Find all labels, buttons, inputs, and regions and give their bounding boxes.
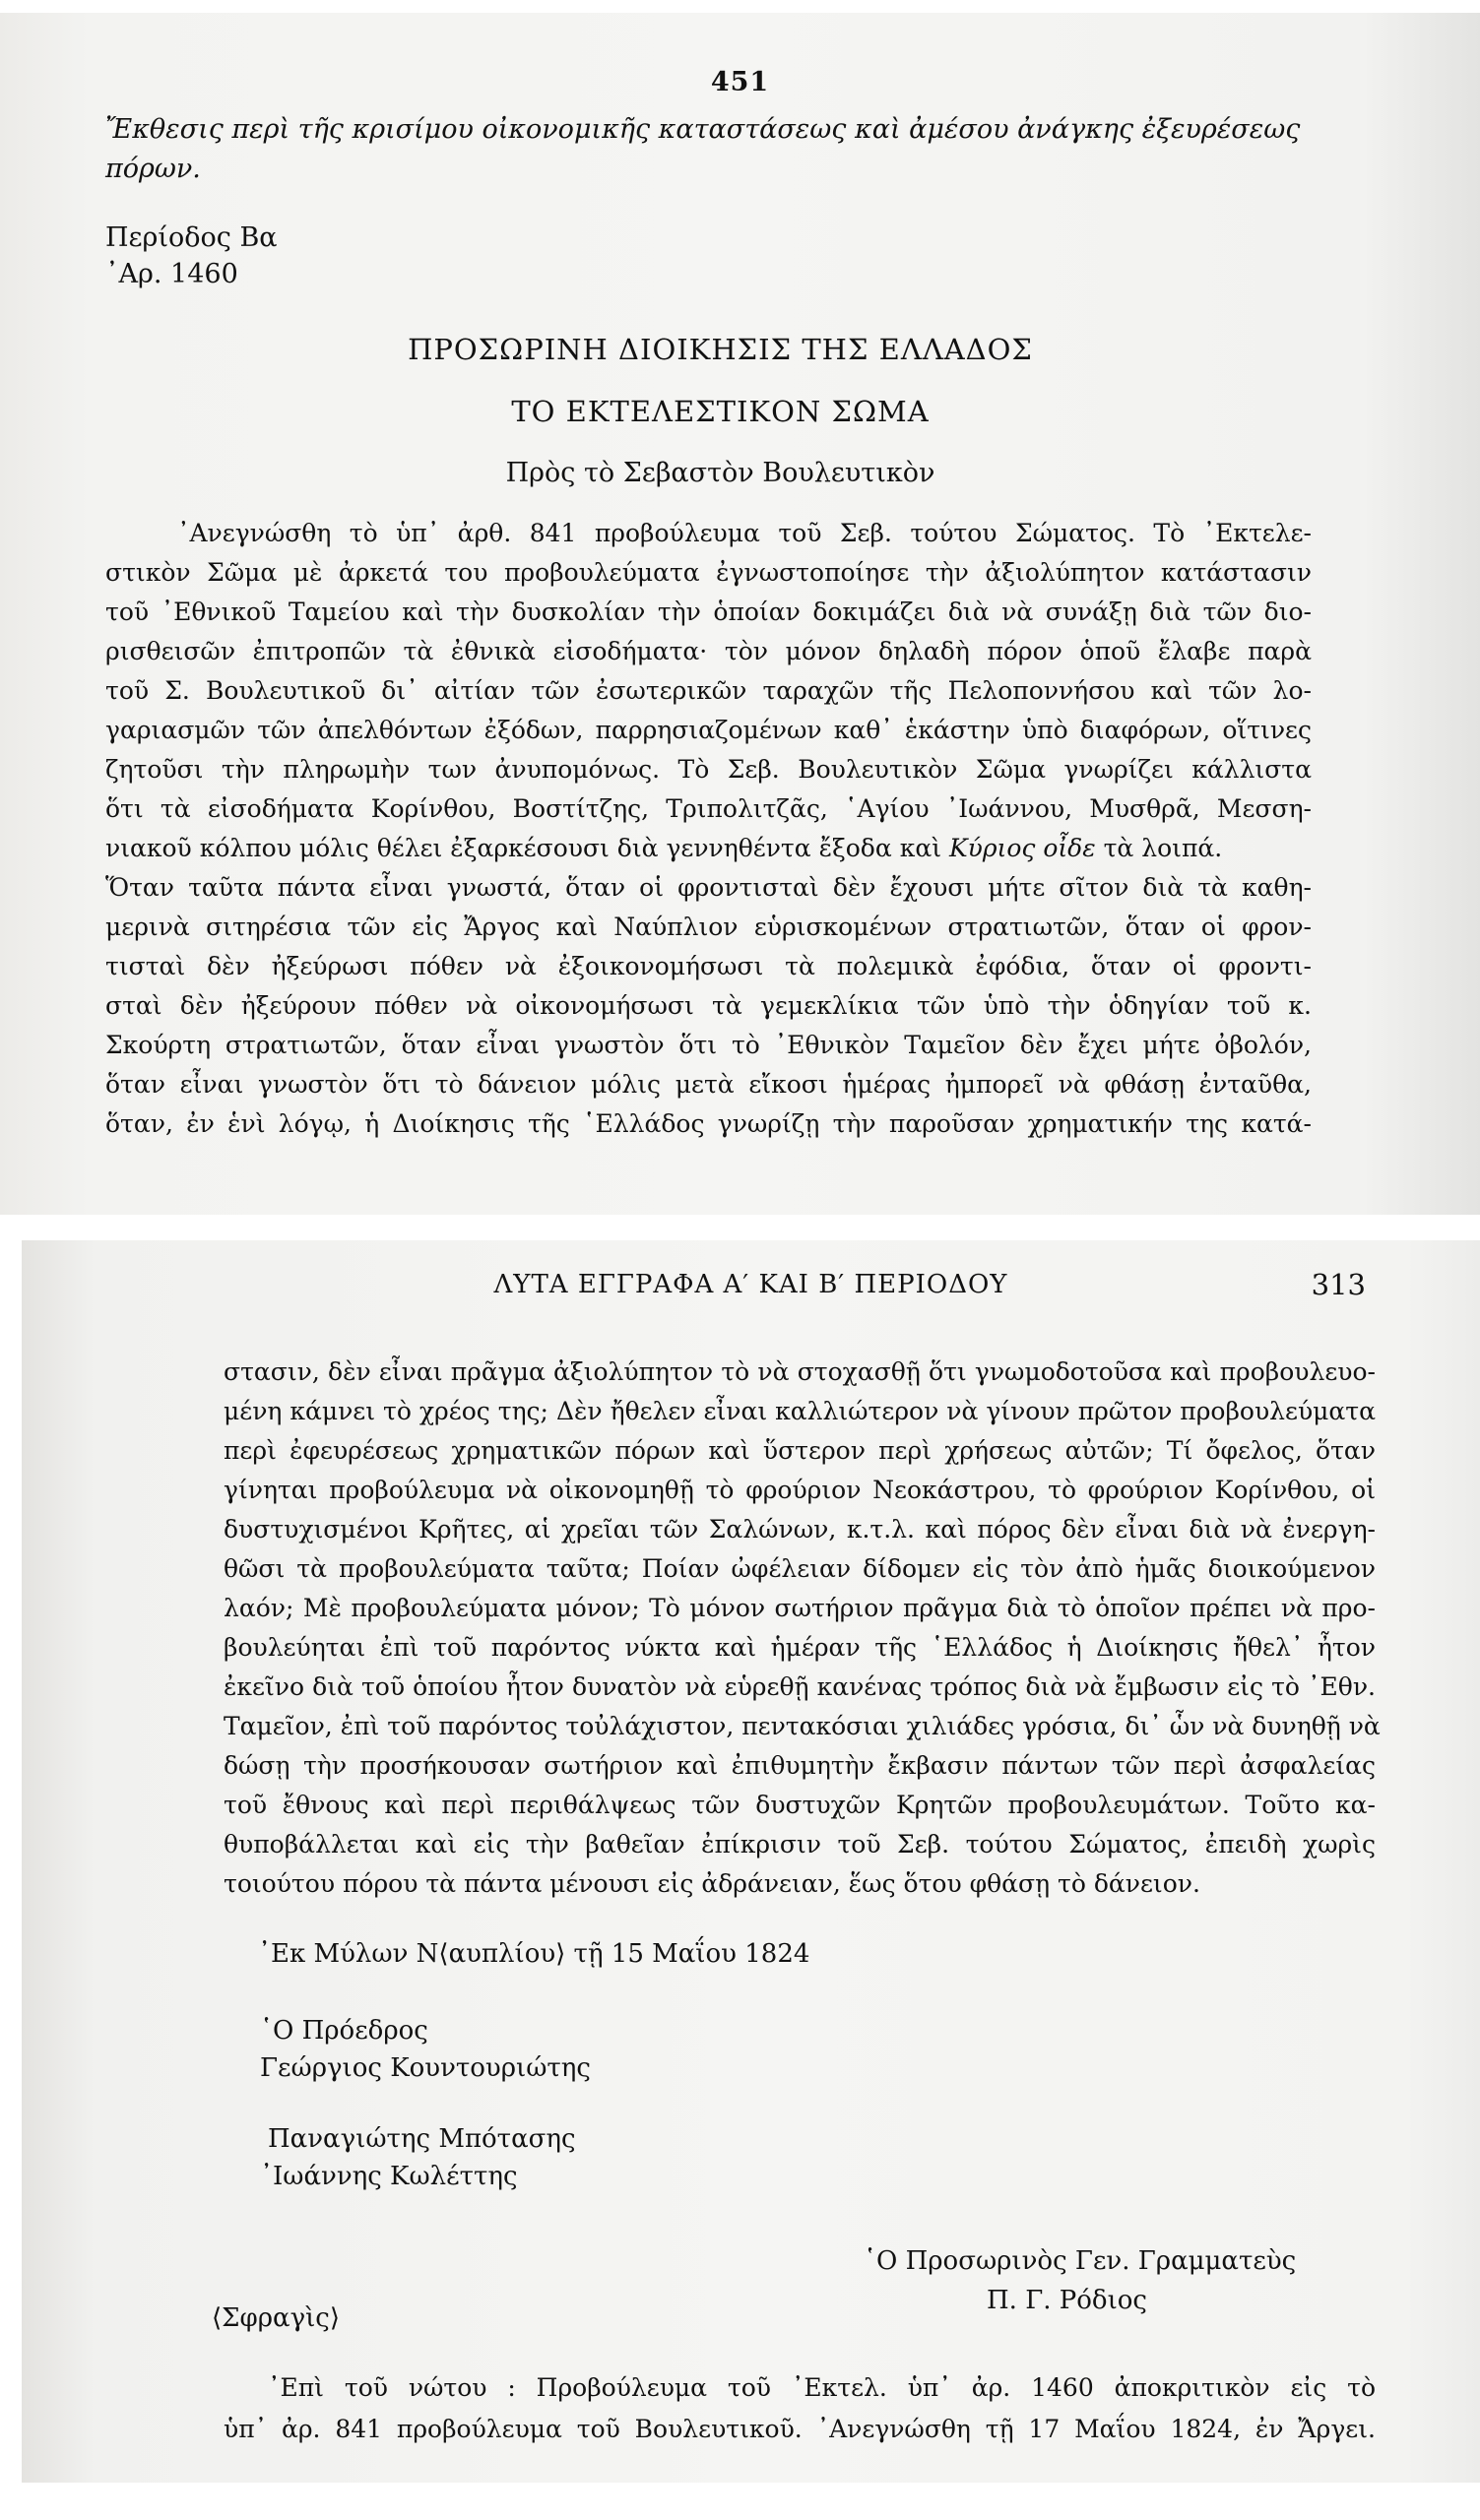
body-line: λαόν; Μὲ προβουλεύματα μόνον; Τὸ μόνον σ… [224,1593,1376,1624]
body-line: τοιούτου πόρου τὰ πάντα μένουσι εἰς ἀδρά… [224,1868,1376,1900]
body-line: ζητοῦσι τὴν πληρωμὴν των ἀνυπομόνως. Τὸ … [105,754,1312,786]
place-date: ᾿Εκ Μύλων Ν⟨αυπλίου⟩ τῇ 15 Μαΐου 1824 [258,1939,809,1969]
body-line: τοῦ ἔθνους καὶ περὶ περιθάλψεως τῶν δυστ… [224,1790,1376,1821]
body-line: βουλεύηται ἐπὶ τοῦ παρόντος νύκτα καὶ ἡμ… [224,1632,1376,1664]
body-line: περὶ ἐφευρέσεως χρηματικῶν πόρων καὶ ὕστ… [224,1435,1376,1467]
page-number: 313 [1312,1268,1366,1301]
body-line: τοῦ ᾿Εθνικοῦ Ταμείου καὶ τὴν δυσκολίαν τ… [105,597,1312,628]
body-line: ρισθεισῶν ἐπιτροπῶν τὰ ἐθνικὰ εἰσοδήματα… [105,636,1312,667]
body-line: δώσῃ τὴν προσήκουσαν σωτήριον καὶ ἐπιθυμ… [224,1750,1376,1782]
addressee: Πρὸς τὸ Σεβαστὸν Βουλευτικὸν [0,458,1460,488]
body-line: σταὶ δὲν ἠξεύρουν πόθεν νὰ οἰκονομήσωσι … [105,990,1312,1022]
running-head: ΛΥΤΑ ΕΓΓΡΑΦΑ Α′ ΚΑΙ Β′ ΠΕΡΙΟΔΟΥ [22,1270,1480,1299]
body-line: τισταὶ δὲν ἠξεύρωσι πόθεν νὰ ἐξοικονομήσ… [105,951,1312,982]
body-line: ᾿Ανεγνώσθη τὸ ὑπ᾿ ἀρθ. 841 προβούλευμα τ… [177,518,1312,549]
member-signature: ᾿Ιωάννης Κωλέττης [260,2162,518,2191]
president-title: ῾Ο Πρόεδρος [260,2016,428,2046]
body-line: Σκούρτη στρατιωτῶν, ὅταν εἶναι γνωστὸν ὅ… [105,1030,1312,1061]
body-line: ἐκεῖνο διὰ τοῦ ὁποίου ἦτον δυνατὸν νὰ εὑ… [224,1671,1376,1703]
body-line: στικὸν Σῶμα μὲ ἀρκετά του προβουλεύματα … [105,557,1312,589]
body-line: Ταμεῖον, ἐπὶ τοῦ παρόντος τοὐλάχιστον, π… [224,1711,1376,1742]
body-line: μένη κάμνει τὸ χρέος της; Δὲν ἤθελεν εἶν… [224,1396,1376,1427]
secretary-title: ῾Ο Προσωρινὸς Γεν. Γραμματεὺς [864,2246,1296,2276]
president-name: Γεώργιος Κουντουριώτης [260,2053,591,2083]
document-summary-line-2: πόρων. [105,154,201,184]
page-number: 451 [0,67,1480,97]
government-title: ΠΡΟΣΩΡΙΝΗ ΔΙΟΙΚΗΣΙΣ ΤΗΣ ΕΛΛΑΔΟΣ [0,333,1460,366]
document-number: ᾿Αρ. 1460 [105,259,238,289]
body-line: γίνηται προβούλευμα νὰ οἰκονομηθῇ τὸ φρο… [224,1475,1376,1506]
body-line: δυστυχισμένοι Κρῆτες, αἱ χρεῖαι τῶν Σαλώ… [224,1514,1376,1545]
endorsement-line: ᾿Επὶ τοῦ νώτου : Προβούλευμα τοῦ ᾿Εκτελ.… [268,2372,1376,2404]
body-line: τοῦ Σ. Βουλευτικοῦ δι᾿ αἰτίαν τῶν ἐσωτερ… [105,675,1312,707]
endorsement-line: ὑπ᾿ ἀρ. 841 προβούλευμα τοῦ Βουλευτικοῦ.… [224,2414,1376,2445]
executive-body-title: ΤΟ ΕΚΤΕΛΕΣΤΙΚΟΝ ΣΩΜΑ [0,395,1460,428]
body-line: Ὅταν ταῦτα πάντα εἶναι γνωστά, ὅταν οἱ φ… [105,872,1312,904]
italic-phrase: Κύριος οἶδε [949,834,1096,862]
period-label: Περίοδος Βα [105,222,278,253]
body-line: θῶσι τὰ προβουλεύματα ταῦτα; Ποίαν ὠφέλε… [224,1553,1376,1585]
body-line: νιακοῦ κόλπου μόλις θέλει ἐξαρκέσουσι δι… [105,833,1312,864]
body-line: θυποβάλλεται καὶ εἰς τὴν βαθεῖαν ἐπίκρισ… [224,1829,1376,1860]
document-summary-line-1: Ἔκθεσις περὶ τῆς κρισίμου οἰκονομικῆς κα… [105,114,1300,145]
body-line: ὅταν εἶναι γνωστὸν ὅτι τὸ δάνειον μόλις … [105,1069,1312,1101]
member-signature: Παναγιώτης Μπότασης [268,2124,576,2154]
secretary-name: Π. Γ. Ρόδιος [987,2286,1147,2315]
body-line: στασιν, δὲν εἶναι πρᾶγμα ἀξιολύπητον τὸ … [224,1356,1376,1388]
body-line: ὅτι τὰ εἰσοδήματα Κορίνθου, Βοστίτζης, Τ… [105,793,1312,825]
page-451: 451 Ἔκθεσις περὶ τῆς κρισίμου οἰκονομικῆ… [0,13,1480,1215]
body-line: γαριασμῶν τῶν ἀπελθόντων ἐξόδων, παρρησι… [105,715,1312,746]
seal-note: ⟨Σφραγὶς⟩ [212,2303,340,2333]
body-line: μερινὰ σιτηρέσια τῶν εἰς Ἄργος καὶ Ναύπλ… [105,912,1312,943]
page-313: ΛΥΤΑ ΕΓΓΡΑΦΑ Α′ ΚΑΙ Β′ ΠΕΡΙΟΔΟΥ 313 στασ… [22,1240,1480,2483]
body-line: ὅταν, ἐν ἑνὶ λόγῳ, ἡ Διοίκησις τῆς ῾Ελλά… [105,1108,1312,1140]
